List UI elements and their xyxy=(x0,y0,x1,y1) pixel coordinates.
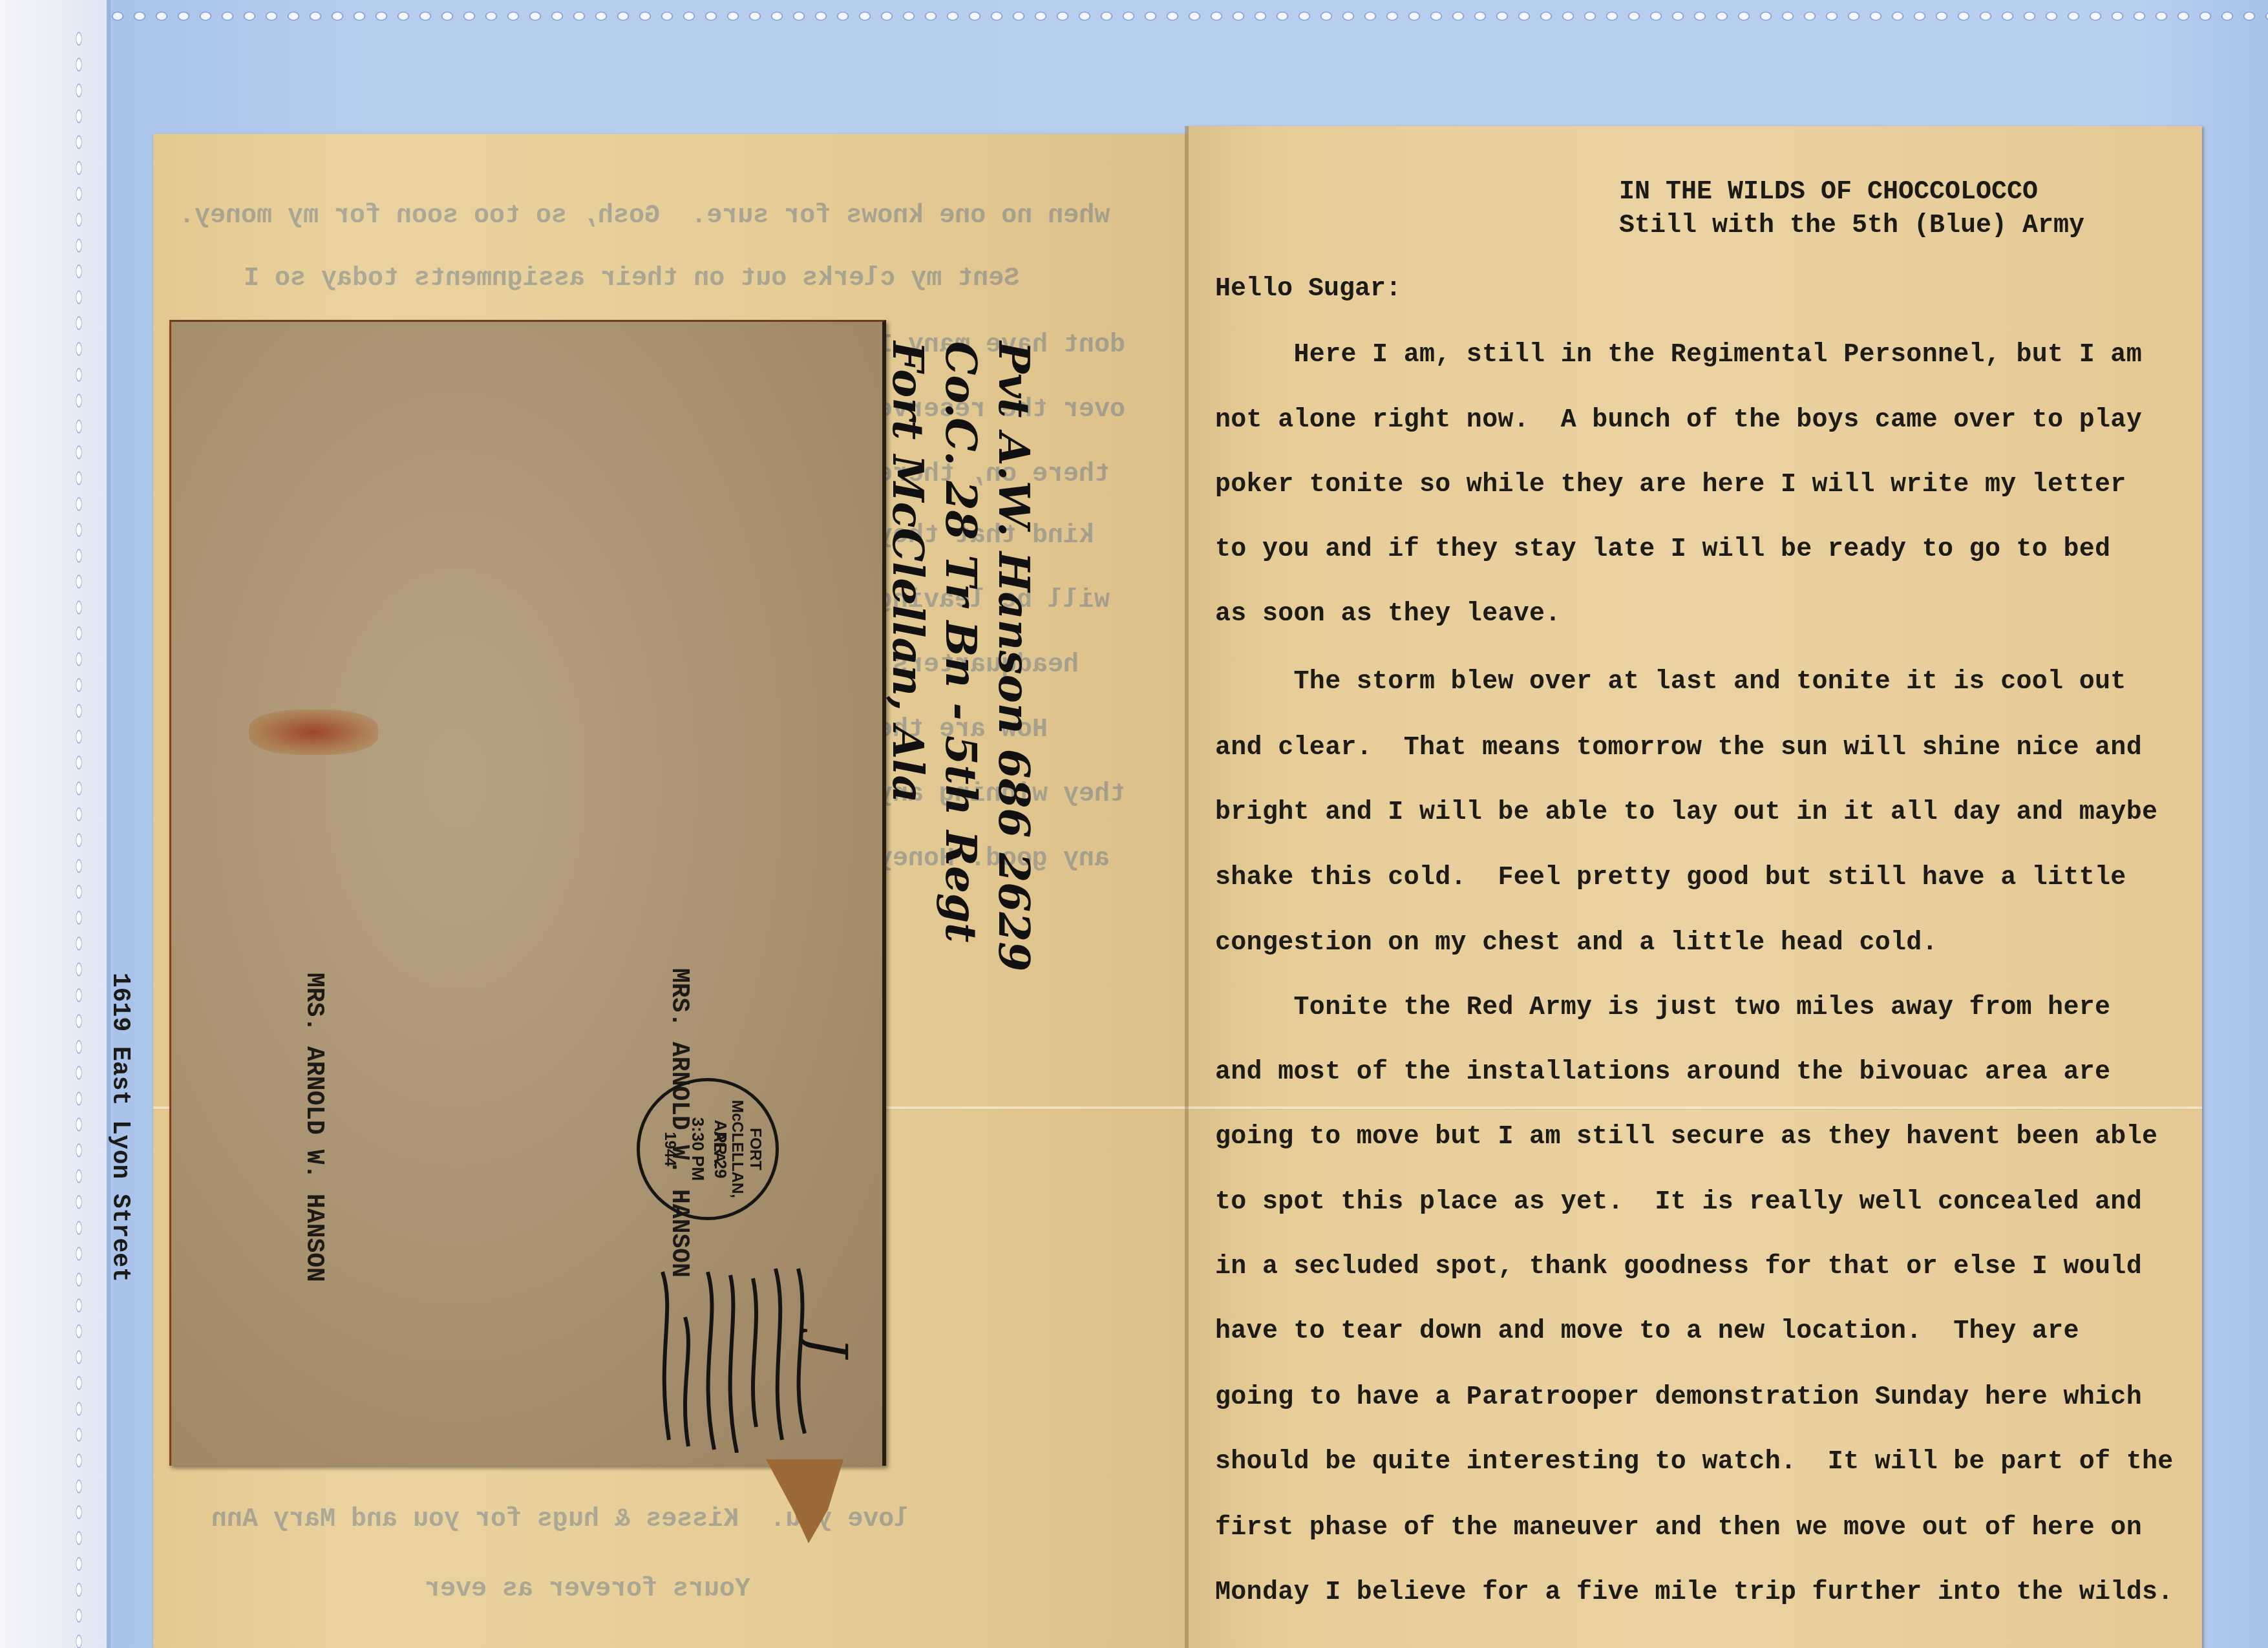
postmark-date: APR 29 xyxy=(710,1081,730,1217)
letter-line: The storm blew over at last and tonite i… xyxy=(1215,668,2126,697)
postmark-stamp: FORT McCLELLAN, ALA. APR 29 3:30 PM 1944 xyxy=(637,1078,779,1220)
letter-line: to you and if they stay late I will be r… xyxy=(1215,535,2110,564)
letter-greeting: Hello Sugar: xyxy=(1215,275,1401,304)
letter-line: as soon as they leave. xyxy=(1215,600,1561,629)
return-address-line: Pvt A.W. Hanson 686 2629 xyxy=(988,341,1041,971)
postmark-year: 1944 xyxy=(661,1081,679,1217)
sleeve-punch-holes-top xyxy=(110,6,2268,26)
fold-crease xyxy=(1187,1106,2202,1110)
letter-line: congestion on my chest and a little head… xyxy=(1215,929,1938,958)
cancellation-wavy-lines-icon xyxy=(650,1259,818,1453)
envelope-stain xyxy=(249,710,378,755)
scanner-sleeve-edge xyxy=(0,0,110,1648)
return-address-line: Co.C. 28 Tr Bn - 5th Regt xyxy=(935,341,988,971)
letter-line: Tonite the Red Army is just two miles aw… xyxy=(1215,993,2110,1022)
return-address-line: Fort McClellan, Ala xyxy=(882,341,935,971)
letter-line: bright and I will be able to lay out in … xyxy=(1215,798,2157,827)
sleeve-punch-holes-left xyxy=(72,26,85,1648)
letter-line: Monday I believe for a five mile trip fu… xyxy=(1215,1578,2174,1607)
letter-heading: IN THE WILDS OF CHOCCOLOCCOStill with th… xyxy=(1619,176,2084,243)
recipient-name: MRS. ARNOLD W. HANSON xyxy=(281,973,346,1326)
letter-line: to spot this place as yet. It is really … xyxy=(1215,1188,2142,1217)
handwritten-initial: J xyxy=(798,1336,858,1357)
bleed-through-signoff: Yours forever as ever xyxy=(425,1575,750,1604)
letter-line: first phase of the maneuver and then we … xyxy=(1215,1514,2142,1543)
return-address: Pvt A.W. Hanson 686 2629Co.C. 28 Tr Bn -… xyxy=(882,341,1041,971)
letter-line: Here I am, still in the Regimental Perso… xyxy=(1215,341,2142,370)
letter-line: shake this cold. Feel pretty good but st… xyxy=(1215,863,2126,893)
letter-line: should be quite interesting to watch. It… xyxy=(1215,1448,2174,1477)
page-center-fold xyxy=(1185,126,1189,1648)
letter-line: and clear. That means tomorrow the sun w… xyxy=(1215,734,2142,763)
postmark-time: 3:30 PM xyxy=(688,1081,708,1217)
recipient-street: 1619 East Lyon Street xyxy=(87,973,152,1326)
letter-line: poker tonite so while they are here I wi… xyxy=(1215,470,2126,500)
bleed-through-line: Sent my clerks out on their assignments … xyxy=(244,264,1019,293)
letter-line: in a secluded spot, thank goodness for t… xyxy=(1215,1252,2142,1282)
letter-line: and most of the installations around the… xyxy=(1215,1058,2110,1087)
letter-line: have to tear down and move to a new loca… xyxy=(1215,1317,2079,1346)
heading-unit: Still with the 5th (Blue) Army xyxy=(1619,209,2084,243)
letter-line: going to move but I am still secure as t… xyxy=(1215,1123,2157,1152)
bleed-through-line: when no one knows for sure. Gosh, so too… xyxy=(179,202,1110,231)
recipient-address-block: MRS. ARNOLD W. HANSON 1619 East Lyon Str… xyxy=(0,973,475,1326)
letter-line: not alone right now. A bunch of the boys… xyxy=(1215,406,2142,435)
letter-line: going to have a Paratrooper demonstratio… xyxy=(1215,1383,2142,1412)
sleeve-border xyxy=(107,0,111,1648)
heading-location: IN THE WILDS OF CHOCCOLOCCO xyxy=(1619,176,2084,209)
